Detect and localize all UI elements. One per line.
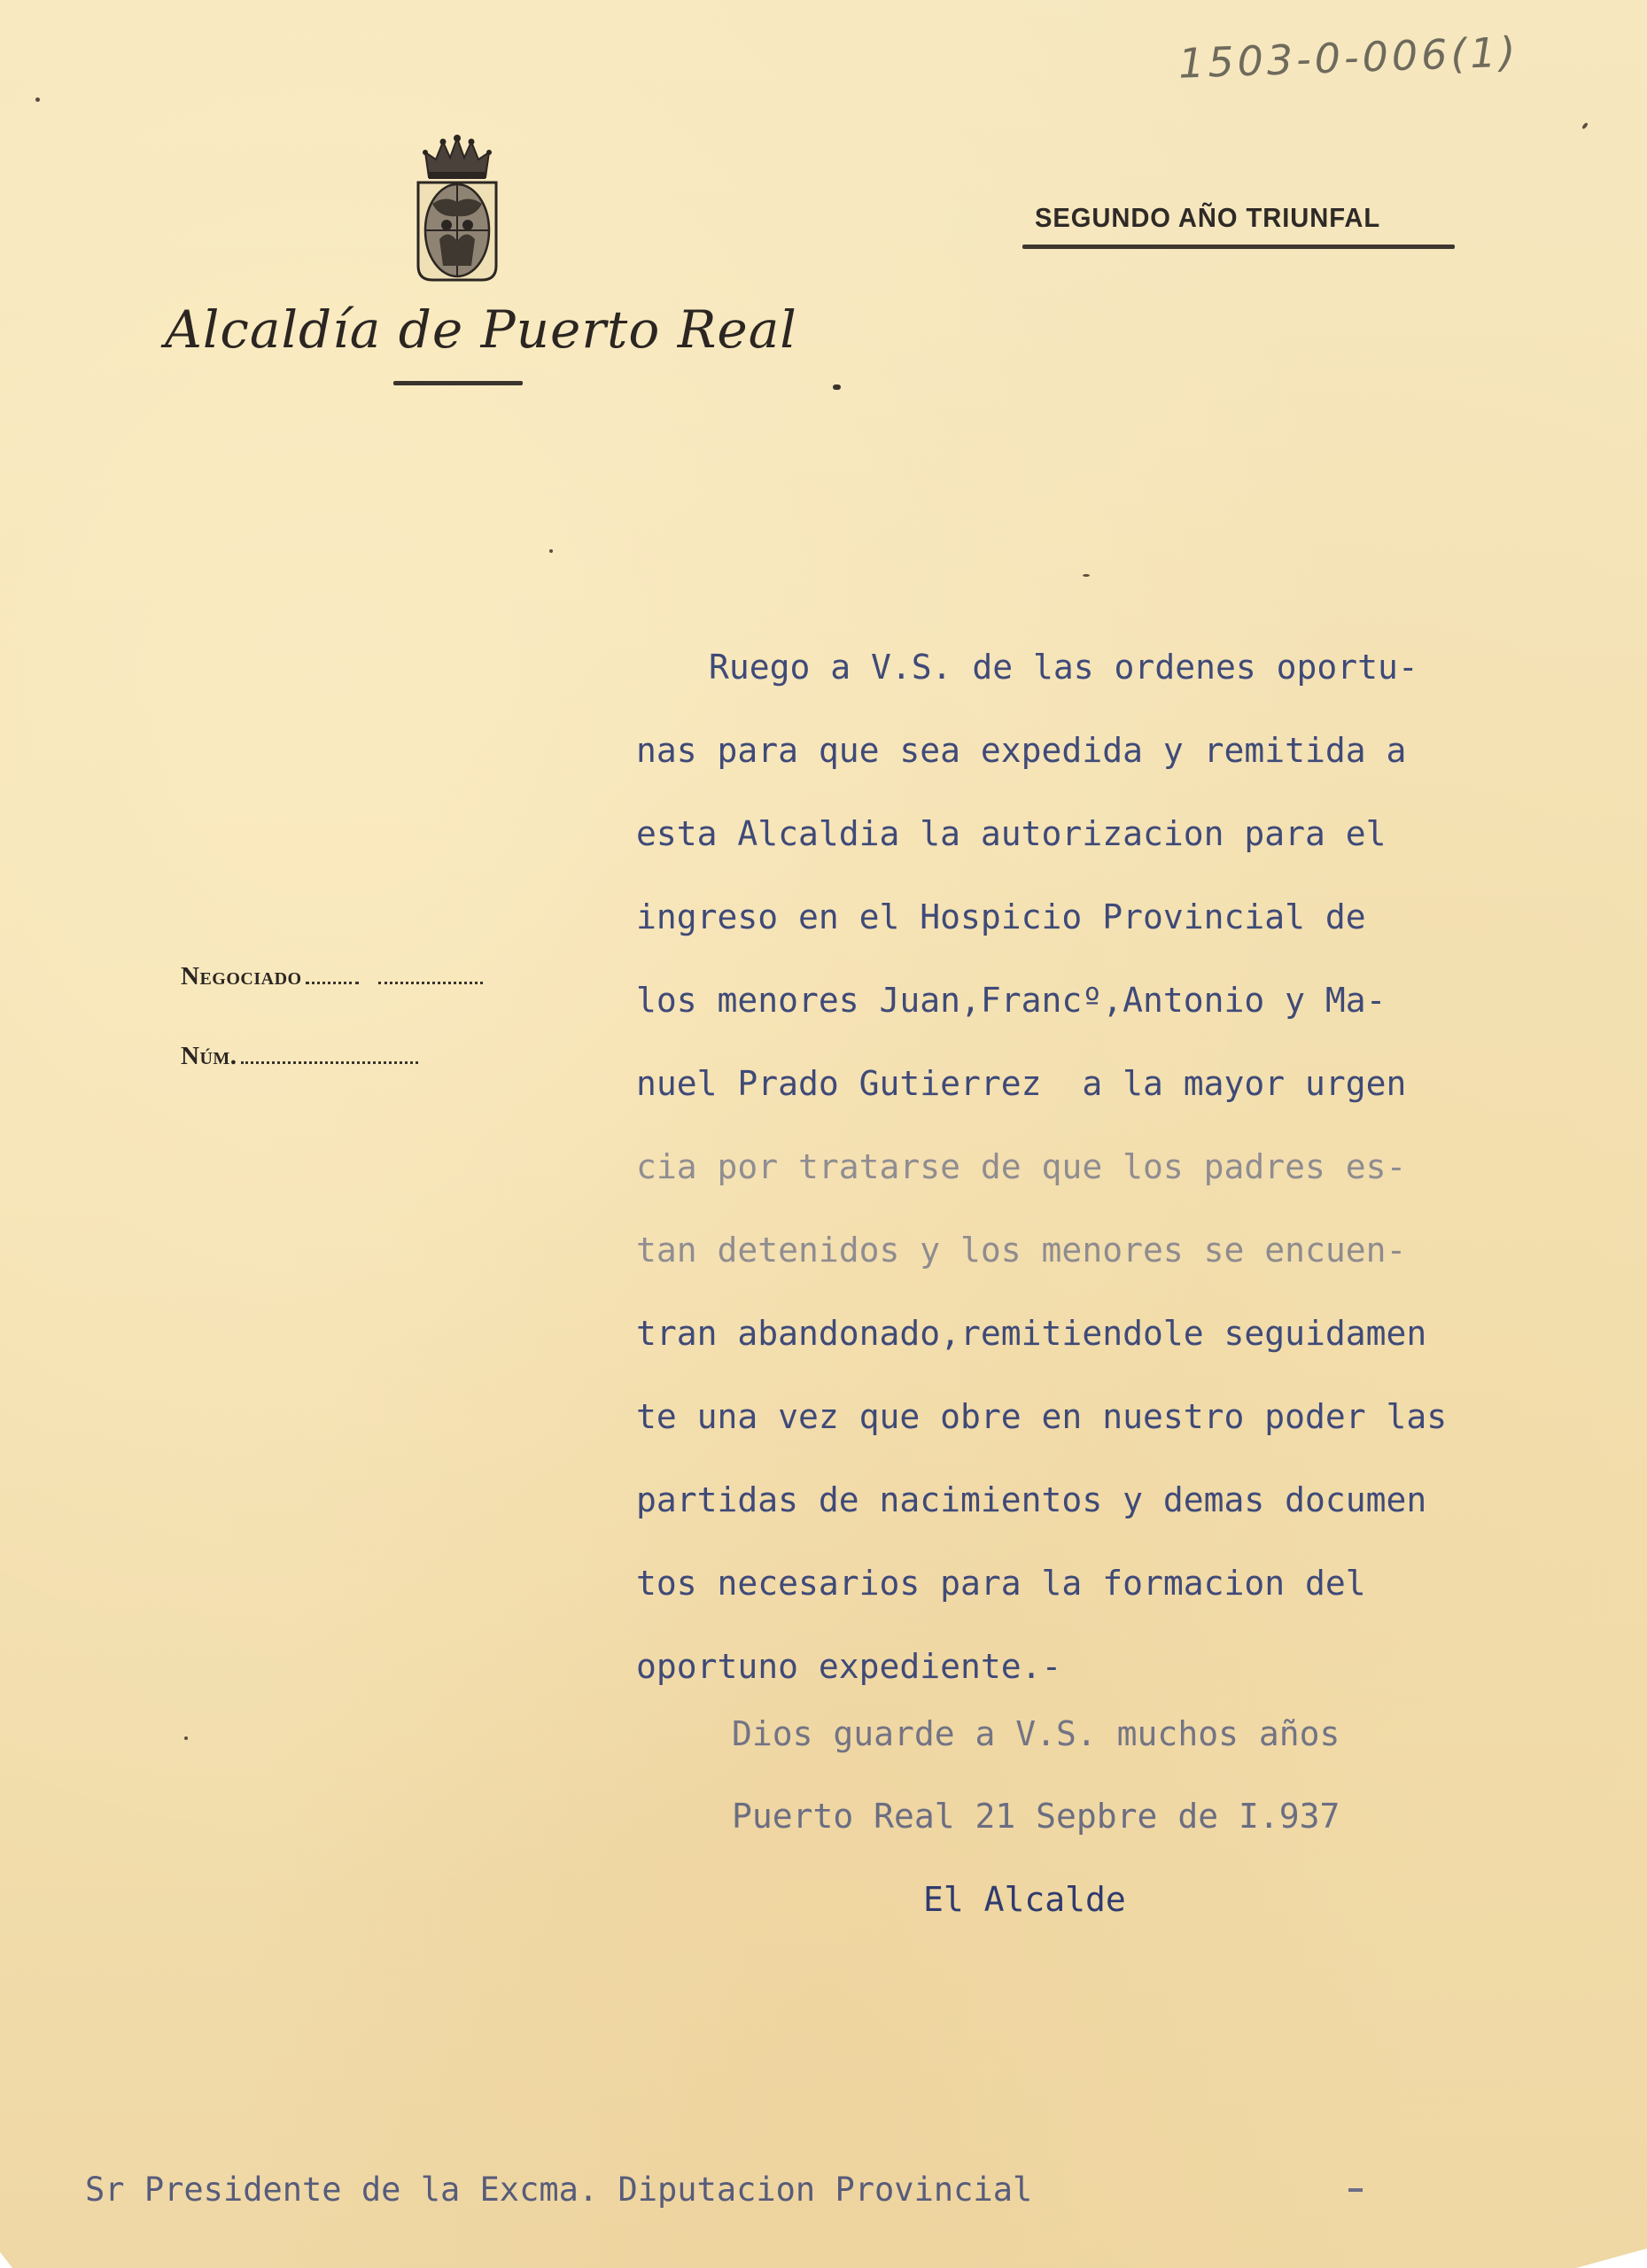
num-field: Núm. (181, 1042, 418, 1071)
paper-speck (184, 1736, 188, 1740)
body-line: tan detenidos y los menores se encuen- (636, 1208, 1611, 1292)
body-line: oportuno expediente.- (636, 1625, 1611, 1708)
signature-title: El Alcalde (923, 1880, 1126, 1919)
body-line: tos necesarios para la formacion del (636, 1542, 1611, 1625)
body-line: esta Alcaldia la autorizacion para el (636, 792, 1611, 875)
letterhead-divider (393, 381, 523, 385)
body-line: Ruego a V.S. de las ordenes oportu- (636, 625, 1611, 709)
num-dots (241, 1060, 418, 1064)
place-and-date: Puerto Real 21 Sepbre de I.937 (732, 1797, 1340, 1836)
negociado-dots-2 (378, 981, 483, 984)
body-line: cia por tratarse de que los padres es- (636, 1125, 1611, 1208)
year-heading: SEGUNDO AÑO TRIUNFAL (1035, 202, 1380, 234)
negociado-dots-1 (306, 981, 359, 984)
body-line: partidas de nacimientos y demas documen (636, 1458, 1611, 1542)
body-line: te una vez que obre en nuestro poder las (636, 1375, 1611, 1458)
year-heading-underline (1022, 245, 1455, 249)
paper-speck (35, 97, 40, 102)
body-line: nas para que sea expedida y remitida a (636, 709, 1611, 792)
paper-speck (1083, 574, 1090, 577)
body-line: tran abandonado,remitiendole seguidamen (636, 1292, 1611, 1375)
letter-body: Ruego a V.S. de las ordenes oportu- nas … (636, 625, 1611, 1708)
negociado-field: Negociado (181, 962, 483, 991)
body-line: ingreso en el Hospicio Provincial de (636, 875, 1611, 959)
paper-speck (549, 549, 553, 553)
torn-corner-bottom-right (1576, 2249, 1647, 2268)
closing-salutation: Dios guarde a V.S. muchos años (732, 1714, 1340, 1753)
coat-of-arms-icon (413, 133, 501, 283)
torn-corner-bottom-left (0, 2252, 12, 2268)
letterhead-title: Alcaldía de Puerto Real (165, 299, 797, 360)
ink-dot (833, 384, 841, 390)
body-line: nuel Prado Gutierrez a la mayor urgen (636, 1042, 1611, 1125)
dash-mark (1348, 2188, 1363, 2192)
body-line: los menores Juan,Francº,Antonio y Ma- (636, 959, 1611, 1042)
negociado-label: Negociado (181, 962, 302, 990)
num-label: Núm. (181, 1042, 237, 1070)
addressee-line: Sr Presidente de la Excma. Diputacion Pr… (85, 2171, 1032, 2209)
